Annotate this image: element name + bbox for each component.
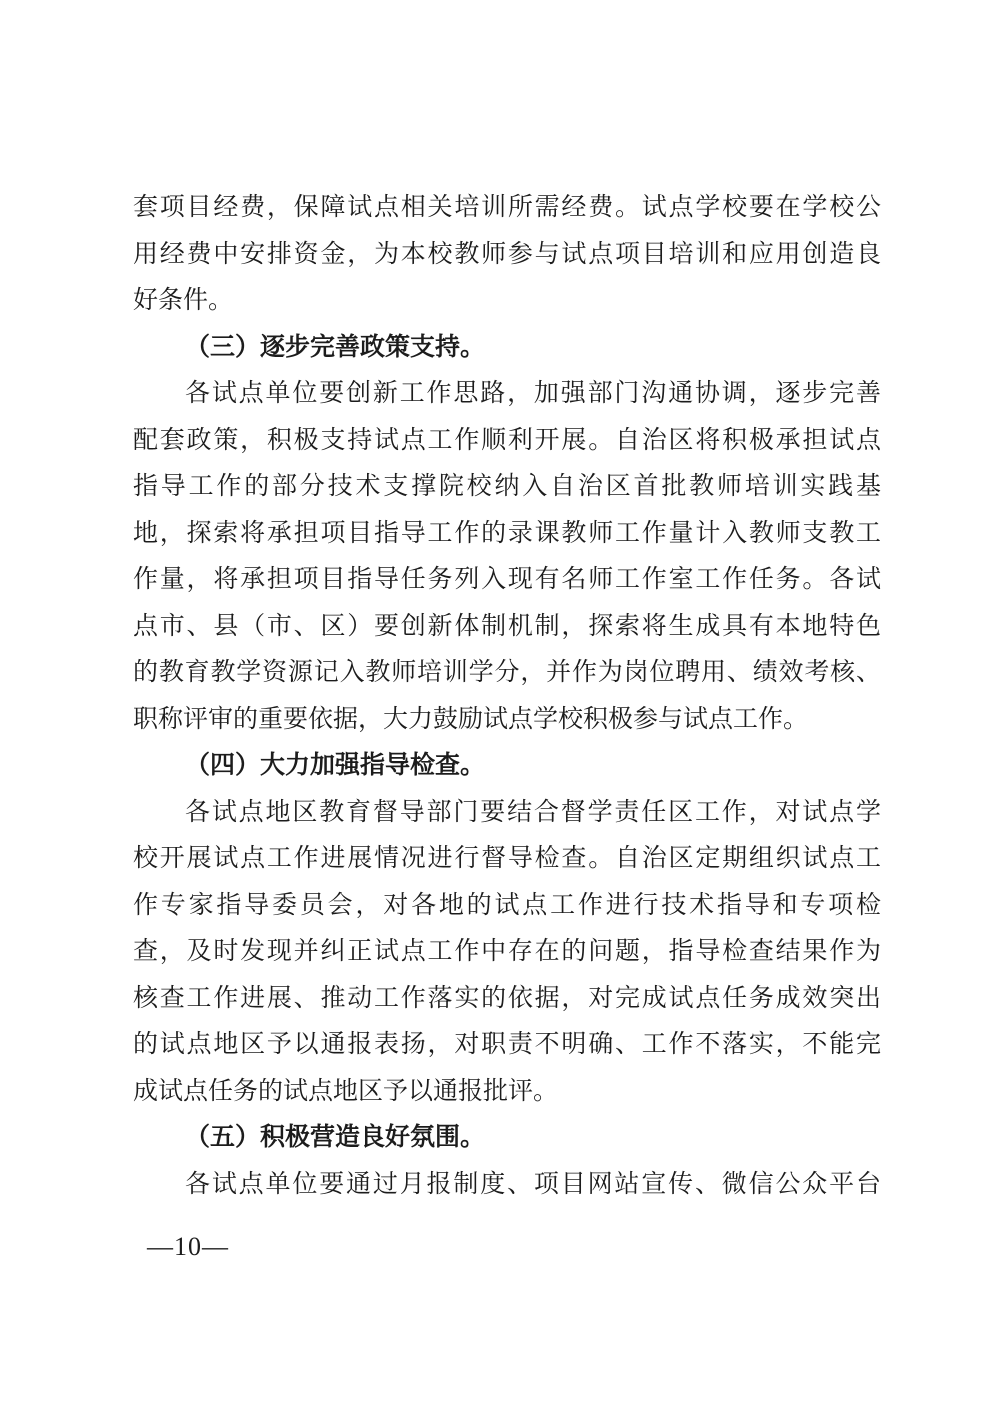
text-line: 查，及时发现并纠正试点工作中存在的问题，指导检查结果作为 bbox=[133, 929, 881, 976]
text-line: 点市、县（市、区）要创新体制机制，探索将生成具有本地特色 bbox=[133, 604, 881, 651]
text-line: 作量，将承担项目指导任务列入现有名师工作室工作任务。各试 bbox=[133, 557, 881, 604]
section-heading: （三）逐步完善政策支持。 bbox=[133, 325, 881, 372]
text-line: 核查工作进展、推动工作落实的依据，对完成试点任务成效突出 bbox=[133, 976, 881, 1023]
text-line: 地，探索将承担项目指导工作的录课教师工作量计入教师支教工 bbox=[133, 511, 881, 558]
text-line: 用经费中安排资金，为本校教师参与试点项目培训和应用创造良 bbox=[133, 232, 881, 279]
section-heading: （四）大力加强指导检查。 bbox=[133, 743, 881, 790]
page-number: —10— bbox=[147, 1229, 229, 1265]
text-line: 作专家指导委员会，对各地的试点工作进行技术指导和专项检 bbox=[133, 883, 881, 930]
text-line: 校开展试点工作进展情况进行督导检查。自治区定期组织试点工 bbox=[133, 836, 881, 883]
document-page: 套项目经费，保障试点相关培训所需经费。试点学校要在学校公用经费中安排资金，为本校… bbox=[0, 0, 993, 1404]
text-line: 指导工作的部分技术支撑院校纳入自治区首批教师培训实践基 bbox=[133, 464, 881, 511]
text-line: 配套政策，积极支持试点工作顺利开展。自治区将积极承担试点 bbox=[133, 418, 881, 465]
text-line: 成试点任务的试点地区予以通报批评。 bbox=[133, 1069, 881, 1116]
text-line: 套项目经费，保障试点相关培训所需经费。试点学校要在学校公 bbox=[133, 185, 881, 232]
text-line: 各试点单位要通过月报制度、项目网站宣传、微信公众平台 bbox=[133, 1162, 881, 1209]
document-body: 套项目经费，保障试点相关培训所需经费。试点学校要在学校公用经费中安排资金，为本校… bbox=[133, 185, 881, 1208]
text-line: 各试点单位要创新工作思路，加强部门沟通协调，逐步完善 bbox=[133, 371, 881, 418]
text-line: 各试点地区教育督导部门要结合督学责任区工作，对试点学 bbox=[133, 790, 881, 837]
text-line: 的试点地区予以通报表扬，对职责不明确、工作不落实，不能完 bbox=[133, 1022, 881, 1069]
section-heading: （五）积极营造良好氛围。 bbox=[133, 1115, 881, 1162]
text-line: 好条件。 bbox=[133, 278, 881, 325]
text-line: 职称评审的重要依据，大力鼓励试点学校积极参与试点工作。 bbox=[133, 697, 881, 744]
text-line: 的教育教学资源记入教师培训学分，并作为岗位聘用、绩效考核、 bbox=[133, 650, 881, 697]
